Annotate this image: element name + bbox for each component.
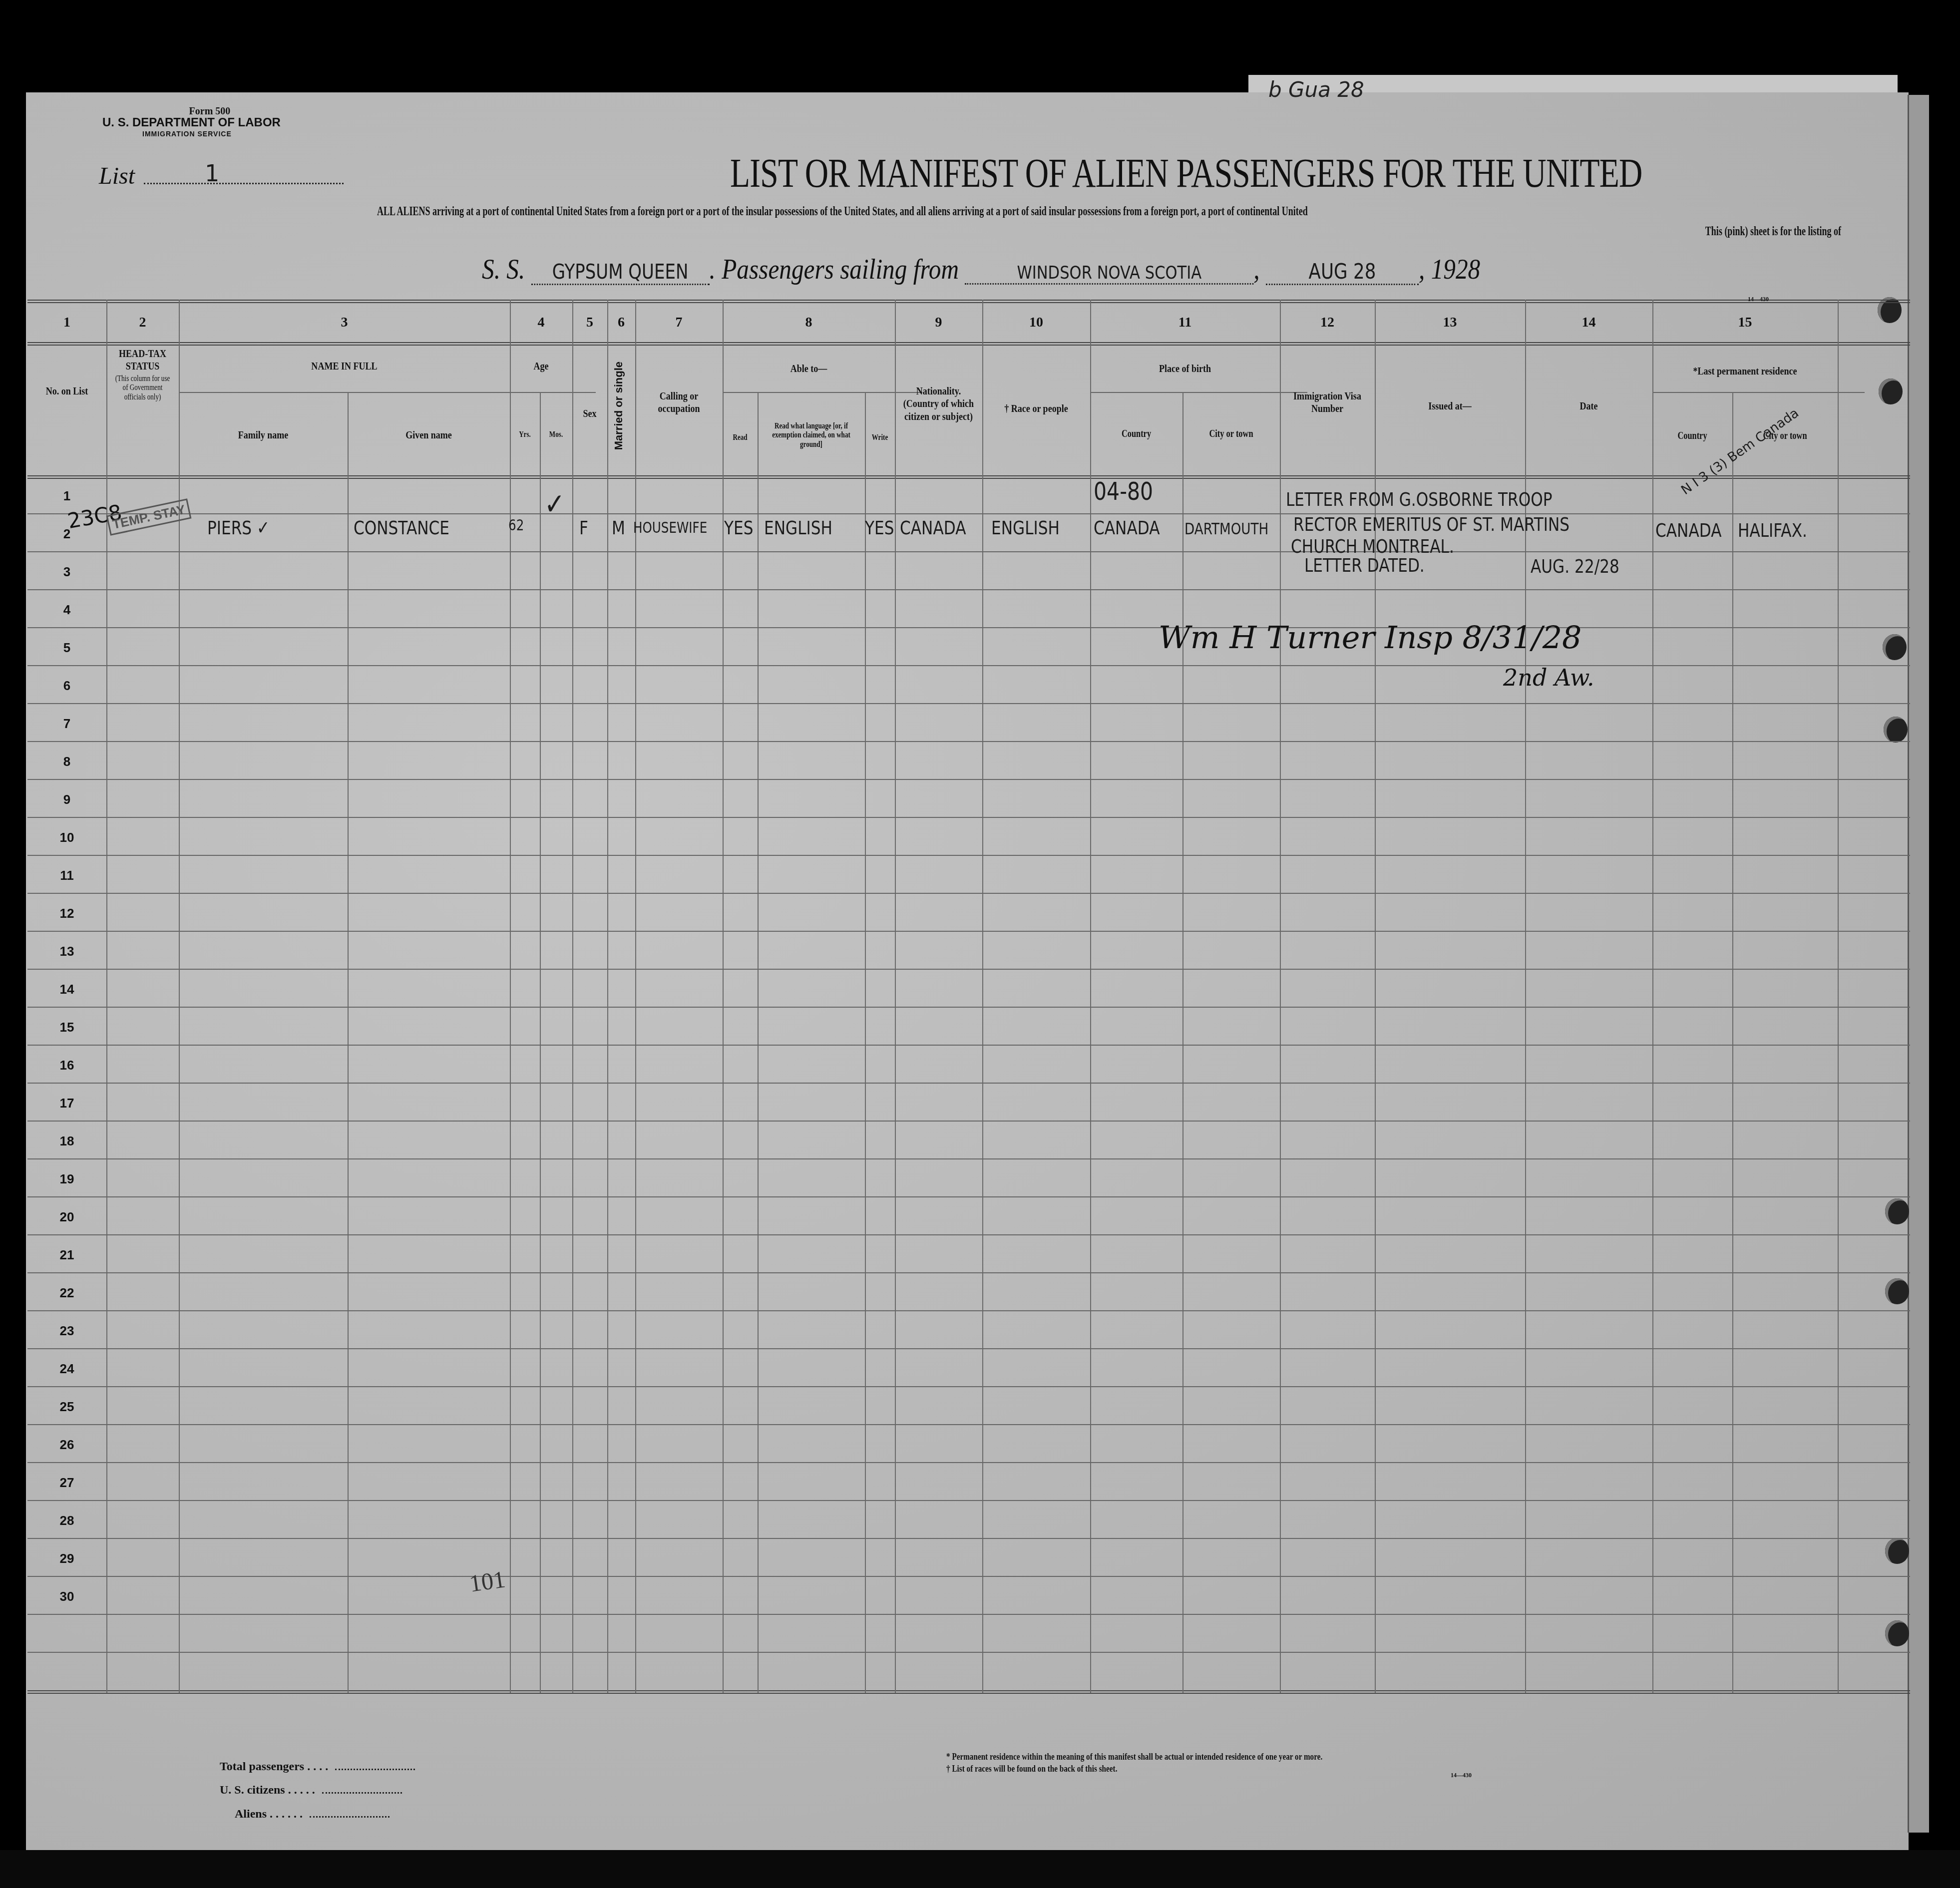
rule — [635, 300, 636, 1693]
column-number: 12 — [1280, 315, 1375, 331]
row-number: 10 — [27, 830, 106, 845]
rule — [27, 1121, 1910, 1122]
form-code-top: 14—430 — [1748, 296, 1769, 303]
row-number: 19 — [27, 1171, 106, 1187]
row-number: 22 — [27, 1285, 106, 1301]
ship-name: GYPSUM QUEEN — [531, 261, 710, 285]
rule — [540, 392, 541, 1693]
us-citizens-blank — [322, 1792, 402, 1794]
header-married-single: Married or single — [612, 361, 625, 451]
row-number: 4 — [27, 602, 106, 618]
rule — [27, 1348, 1910, 1349]
column-number: 9 — [895, 315, 982, 331]
header-age-months: Mos. — [543, 430, 569, 439]
rule — [27, 665, 1910, 666]
row-number: 29 — [27, 1551, 106, 1566]
rule — [27, 1083, 1910, 1084]
rule — [27, 627, 1910, 628]
rule — [1732, 392, 1733, 1693]
aliens-label: Aliens . . . . . . — [235, 1808, 303, 1821]
total-passengers-blank — [335, 1769, 415, 1770]
list-number-line — [144, 183, 344, 184]
row-number: 15 — [27, 1020, 106, 1035]
rule — [27, 1158, 1910, 1159]
scan-background — [0, 1850, 1960, 1888]
rule — [27, 1652, 1910, 1653]
header-given-name: Given name — [362, 428, 495, 441]
row-number: 20 — [27, 1209, 106, 1225]
rule — [27, 969, 1910, 970]
voyage-line: S. S. GYPSUM QUEEN. Passengers sailing f… — [482, 252, 1480, 286]
column-number: 8 — [723, 315, 895, 331]
row-number: 17 — [27, 1096, 106, 1111]
column-number: 1 — [27, 315, 106, 331]
row-number: 30 — [27, 1589, 106, 1604]
service-name: IMMIGRATION SERVICE — [142, 130, 232, 138]
sex-value: F — [579, 517, 588, 539]
rule — [1090, 300, 1091, 1693]
us-citizens-line: U. S. citizens . . . . . — [220, 1784, 402, 1797]
rule — [27, 1576, 1910, 1577]
page-title: LIST OR MANIFEST OF ALIEN PASSENGERS FOR… — [730, 150, 1642, 197]
inspector-note: 2nd Aw. — [1503, 664, 1594, 691]
header-date: Date — [1537, 399, 1641, 412]
marital-value: M — [612, 517, 625, 539]
column-number: 6 — [607, 315, 635, 331]
row-number: 3 — [27, 564, 106, 580]
rule — [27, 589, 1910, 590]
rule — [27, 1045, 1910, 1046]
visa-line-2: RECTOR EMERITUS OF ST. MARTINS — [1293, 513, 1569, 535]
rule — [723, 300, 724, 1693]
header-write: Write — [867, 433, 892, 442]
rule — [27, 931, 1910, 932]
row-number: 6 — [27, 678, 106, 694]
rule — [27, 817, 1910, 818]
residence-country-value: CANADA — [1655, 519, 1721, 541]
header-no-on-list: No. on List — [34, 384, 99, 397]
rule — [27, 1500, 1910, 1501]
column-number: 11 — [1090, 315, 1280, 331]
rule — [27, 1310, 1910, 1311]
rule — [27, 475, 1910, 479]
column-number: 5 — [572, 315, 607, 331]
header-nationality: Nationality. (Country of which citizen o… — [903, 384, 975, 422]
rule — [179, 392, 596, 393]
total-passengers-label: Total passengers . . . . — [220, 1760, 328, 1773]
birth-country-value: CANADA — [1094, 517, 1160, 539]
rule — [510, 300, 511, 1693]
rule — [27, 300, 1910, 303]
birth-annotation: 04-80 — [1094, 477, 1153, 506]
top-margin-note: b Gua 28 — [1268, 77, 1364, 102]
total-passengers-line: Total passengers . . . . — [220, 1760, 415, 1774]
rule — [895, 300, 896, 1693]
footnote-residence: * Permanent residence within the meaning… — [946, 1752, 1322, 1763]
read-value: YES — [724, 517, 754, 539]
row-number: 18 — [27, 1133, 106, 1149]
rule — [27, 1424, 1910, 1425]
footnote-races: † List of races will be found on the bac… — [946, 1764, 1117, 1775]
row-number: 9 — [27, 792, 106, 807]
header-read-language: Read what language [or, if exemption cla… — [767, 422, 855, 449]
column-number: 7 — [635, 315, 723, 331]
visa-line-1: LETTER FROM G.OSBORNE TROOP — [1286, 488, 1552, 510]
header-age-years: Yrs. — [512, 430, 537, 439]
header-issued-at: Issued at— — [1388, 399, 1512, 412]
row-number: 13 — [27, 944, 106, 959]
header-read: Read — [726, 433, 754, 442]
departure-port: WINDSOR NOVA SCOTIA — [965, 263, 1253, 285]
rule — [27, 703, 1910, 704]
rule — [27, 1462, 1910, 1463]
row-number: 11 — [27, 868, 106, 883]
list-label: List — [99, 162, 135, 190]
column-number: 10 — [982, 315, 1090, 331]
header-birth-city: City or town — [1191, 428, 1271, 440]
given-name-value: CONSTANCE — [354, 517, 449, 539]
rule — [723, 392, 922, 393]
header-place-of-birth: Place of birth — [1107, 362, 1263, 375]
rule — [348, 392, 349, 1693]
rule — [27, 1614, 1910, 1615]
row-number: 1 — [27, 488, 106, 504]
aliens-blank — [310, 1816, 390, 1818]
ss-label: S. S. — [482, 253, 525, 285]
occupation-value: HOUSEWIFE — [633, 519, 707, 537]
header-race: † Race or people — [992, 402, 1080, 414]
rule — [27, 1007, 1910, 1008]
rule — [27, 779, 1910, 780]
visa-line-4: LETTER DATED. — [1304, 554, 1425, 576]
age-months-check: ✓ — [544, 487, 565, 522]
manifest-table: 1 2 3 4 5 6 7 8 9 10 11 12 13 14 15 No. … — [27, 300, 1910, 1695]
rule — [27, 342, 1910, 346]
header-visa-number: Immigration Visa Number — [1288, 389, 1366, 415]
rule — [27, 1196, 1910, 1197]
rule — [27, 1234, 1910, 1235]
row-number: 12 — [27, 906, 106, 921]
stamped-number: 101 — [468, 1565, 507, 1597]
subtitle-line-2: This (pink) sheet is for the listing of — [1705, 225, 1841, 239]
inspector-signature: Wm H Turner Insp 8/31/28 — [1159, 619, 1582, 656]
row-number: 23 — [27, 1323, 106, 1339]
header-last-residence: *Last permanent residence — [1669, 365, 1821, 377]
column-number: 13 — [1375, 315, 1525, 331]
column-number: 3 — [179, 315, 510, 331]
next-sheet-edge — [1908, 95, 1929, 1833]
row-number: 14 — [27, 982, 106, 997]
visa-date-value: AUG. 22/28 — [1531, 555, 1619, 577]
column-number: 14 — [1525, 315, 1652, 331]
write-value: YES — [865, 517, 894, 539]
rule — [1182, 392, 1183, 1693]
rule — [27, 513, 1910, 514]
residence-city-value: HALIFAX. — [1738, 519, 1807, 541]
row-number: 24 — [27, 1361, 106, 1377]
family-name-value: PIERS ✓ — [207, 517, 270, 539]
aliens-line: Aliens . . . . . . — [235, 1808, 390, 1821]
row-number: 26 — [27, 1437, 106, 1453]
rule — [1652, 300, 1653, 1693]
rule — [607, 300, 608, 1693]
header-able-to: Able to— — [738, 362, 879, 375]
header-family-name: Family name — [194, 428, 332, 441]
header-sex: Sex — [575, 407, 604, 419]
nationality-value: CANADA — [900, 517, 966, 539]
row-number: 16 — [27, 1058, 106, 1073]
rule — [27, 1272, 1910, 1273]
header-name-in-full: NAME IN FULL — [209, 360, 480, 372]
race-value: ENGLISH — [991, 517, 1060, 539]
rule — [572, 300, 573, 1693]
row-number: 25 — [27, 1399, 106, 1415]
header-birth-country: Country — [1099, 428, 1175, 440]
header-occupation: Calling or occupation — [643, 389, 715, 415]
rule — [27, 1690, 1910, 1694]
header-residence-country: Country — [1659, 430, 1725, 442]
age-years-value: 62 — [508, 517, 524, 534]
rule — [865, 392, 866, 1693]
sailing-label: Passengers sailing from — [722, 253, 959, 285]
row-number: 28 — [27, 1513, 106, 1528]
header-age: Age — [515, 360, 567, 372]
rule — [982, 300, 983, 1693]
rule — [1090, 392, 1307, 393]
column-number: 4 — [510, 315, 572, 331]
column-number: 15 — [1652, 315, 1838, 331]
row-number: 5 — [27, 640, 106, 656]
sailing-year: 1928 — [1431, 253, 1481, 285]
sailing-date: AUG 28 — [1266, 259, 1419, 285]
header-head-tax-note: (This column for use of Government offic… — [113, 375, 172, 402]
department-name: U. S. DEPARTMENT OF LABOR — [102, 116, 281, 130]
form-code-bottom: 14—430 — [1451, 1772, 1472, 1779]
us-citizens-label: U. S. citizens . . . . . — [220, 1784, 315, 1797]
row-number: 8 — [27, 754, 106, 769]
rule — [27, 1538, 1910, 1539]
rule — [27, 1386, 1910, 1387]
birth-city-value: DARTMOUTH — [1184, 519, 1268, 538]
rule — [758, 392, 759, 1693]
rule — [1652, 392, 1865, 393]
rule — [27, 551, 1910, 552]
rule — [27, 741, 1910, 742]
list-number-value: 1 — [205, 160, 219, 187]
column-number: 2 — [106, 315, 179, 331]
header-head-tax: HEAD-TAX STATUS — [113, 347, 172, 373]
row-number: 21 — [27, 1247, 106, 1263]
row-number: 7 — [27, 716, 106, 732]
rule — [1280, 300, 1281, 1693]
rule — [27, 855, 1910, 856]
subtitle-line-1: ALL ALIENS arriving at a port of contine… — [377, 205, 1308, 219]
rule — [1838, 300, 1839, 1693]
row-number: 27 — [27, 1475, 106, 1491]
rule — [27, 893, 1910, 894]
read-language-value: ENGLISH — [764, 517, 832, 539]
